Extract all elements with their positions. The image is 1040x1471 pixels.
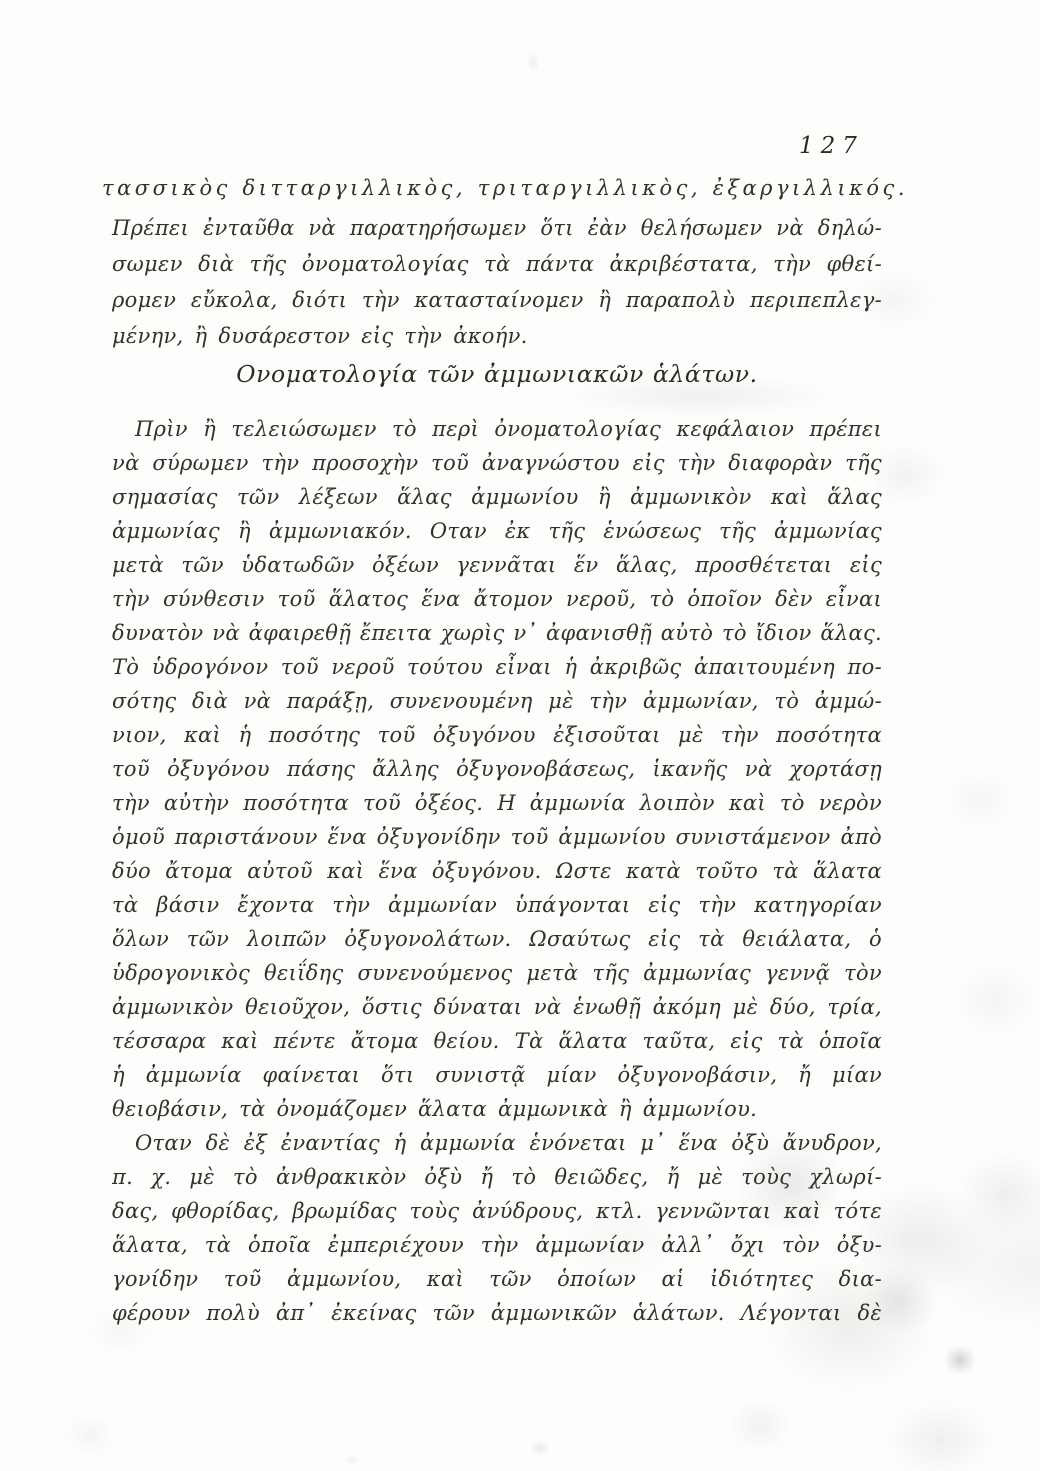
text-line: μένην, ἢ δυσάρεστον εἰς τὴν ἀκοήν. xyxy=(112,318,882,354)
text-line: ὑδρογονικὸς θειΐδης συνενούμενος μετὰ τῆ… xyxy=(112,956,882,990)
text-line: Πρὶν ἢ τελειώσωμεν τὸ περὶ ὀνοματολογίας… xyxy=(112,412,882,446)
text-line: δας, φθορίδας, βρωμίδας τοὺς ἀνύδρους, κ… xyxy=(112,1194,882,1228)
text-line: ἡ ἀμμωνία φαίνεται ὅτι συνιστᾷ μίαν ὀξυγ… xyxy=(112,1058,882,1092)
text-line: Τὸ ὑδρογόνον τοῦ νεροῦ τούτου εἶναι ἡ ἀκ… xyxy=(112,650,882,684)
text-line: Πρέπει ἐνταῦθα νὰ παρατηρήσωμεν ὅτι ἐὰν … xyxy=(112,210,882,246)
text-line: ὅλων τῶν λοιπῶν ὀξυγονολάτων. Ωσαύτως εἰ… xyxy=(112,922,882,956)
text-line: δυνατὸν νὰ ἀφαιρεθῇ ἔπειτα χωρὶς ν᾽ ἀφαν… xyxy=(112,616,882,650)
text-line: ἀμμωνίας ἢ ἀμμωνιακόν. Οταν ἐκ τῆς ἑνώσε… xyxy=(112,514,882,548)
text-line: φέρουν πολὺ ἀπ᾽ ἐκείνας τῶν ἀμμωνικῶν ἁλ… xyxy=(112,1296,882,1330)
paragraph-2: Πρὶν ἢ τελειώσωμεν τὸ περὶ ὀνοματολογίας… xyxy=(112,412,882,1126)
text-line: νὰ σύρωμεν τὴν προσοχὴν τοῦ ἀναγνώστου ε… xyxy=(112,446,882,480)
page-number: 127 xyxy=(799,133,864,159)
text-line: τὴν σύνθεσιν τοῦ ἅλατος ἕνα ἄτομον νεροῦ… xyxy=(112,582,882,616)
text-line: σωμεν διὰ τῆς ὀνοματολογίας τὰ πάντα ἀκρ… xyxy=(112,246,882,282)
text-block: τασσικὸς διτταργιλλικὸς, τριταργιλλικὸς,… xyxy=(112,170,882,1330)
text-line: νιον, καὶ ἡ ποσότης τοῦ ὀξυγόνου ἐξισοῦτ… xyxy=(112,718,882,752)
text-line: ἀμμωνικὸν θειοῦχον, ὅστις δύναται νὰ ἑνω… xyxy=(112,990,882,1024)
catchline-continuation-text: τασσικὸς διτταργιλλικὸς, τριταργιλλικὸς,… xyxy=(102,170,908,206)
text-line: τοῦ ὀξυγόνου πάσης ἄλλης ὀξυγονοβάσεως, … xyxy=(112,752,882,786)
text-line: σημασίας τῶν λέξεων ἅλας ἀμμωνίου ἢ ἀμμω… xyxy=(112,480,882,514)
text-line: τέσσαρα καὶ πέντε ἄτομα θείου. Τὰ ἅλατα … xyxy=(112,1024,882,1058)
text-line: γονίδην τοῦ ἀμμωνίου, καὶ τῶν ὁποίων αἱ … xyxy=(112,1262,882,1296)
text-line: ρομεν εὔκολα, διότι τὴν κατασταίνομεν ἢ … xyxy=(112,282,882,318)
text-line: θειοβάσιν, τὰ ὀνομάζομεν ἅλατα ἀμμωνικὰ … xyxy=(112,1092,882,1126)
paragraph-3: Οταν δὲ ἐξ ἐναντίας ἡ ἀμμωνία ἑνόνεται μ… xyxy=(112,1126,882,1330)
paragraph-1: Πρέπει ἐνταῦθα νὰ παρατηρήσωμεν ὅτι ἐὰν … xyxy=(112,210,882,354)
text-line: σότης διὰ νὰ παράξῃ, συνενουμένη μὲ τὴν … xyxy=(112,684,882,718)
scanned-book-page: 127 τασσικὸς διτταργιλλικὸς, τριταργιλλι… xyxy=(0,0,1040,1471)
text-line: Οταν δὲ ἐξ ἐναντίας ἡ ἀμμωνία ἑνόνεται μ… xyxy=(112,1126,882,1160)
text-line: ἅλατα, τὰ ὁποῖα ἐμπεριέχουν τὴν ἀμμωνίαν… xyxy=(112,1228,882,1262)
section-heading: Ονοματολογία τῶν ἀμμωνιακῶν ἁλάτων. xyxy=(112,356,882,392)
text-line: δύο ἄτομα αὐτοῦ καὶ ἕνα ὀξυγόνου. Ωστε κ… xyxy=(112,854,882,888)
text-line: τὰ βάσιν ἔχοντα τὴν ἀμμωνίαν ὑπάγονται ε… xyxy=(112,888,882,922)
text-line: ὁμοῦ παριστάνουν ἕνα ὀξυγονίδην τοῦ ἀμμω… xyxy=(112,820,882,854)
text-line: τὴν αὐτὴν ποσότητα τοῦ ὀξέος. Η ἀμμωνία … xyxy=(112,786,882,820)
text-line: π. χ. μὲ τὸ ἀνθρακικὸν ὀξὺ ἤ τὸ θειῶδες,… xyxy=(112,1160,882,1194)
text-line: μετὰ τῶν ὑδατωδῶν ὀξέων γεννᾶται ἕν ἅλας… xyxy=(112,548,882,582)
